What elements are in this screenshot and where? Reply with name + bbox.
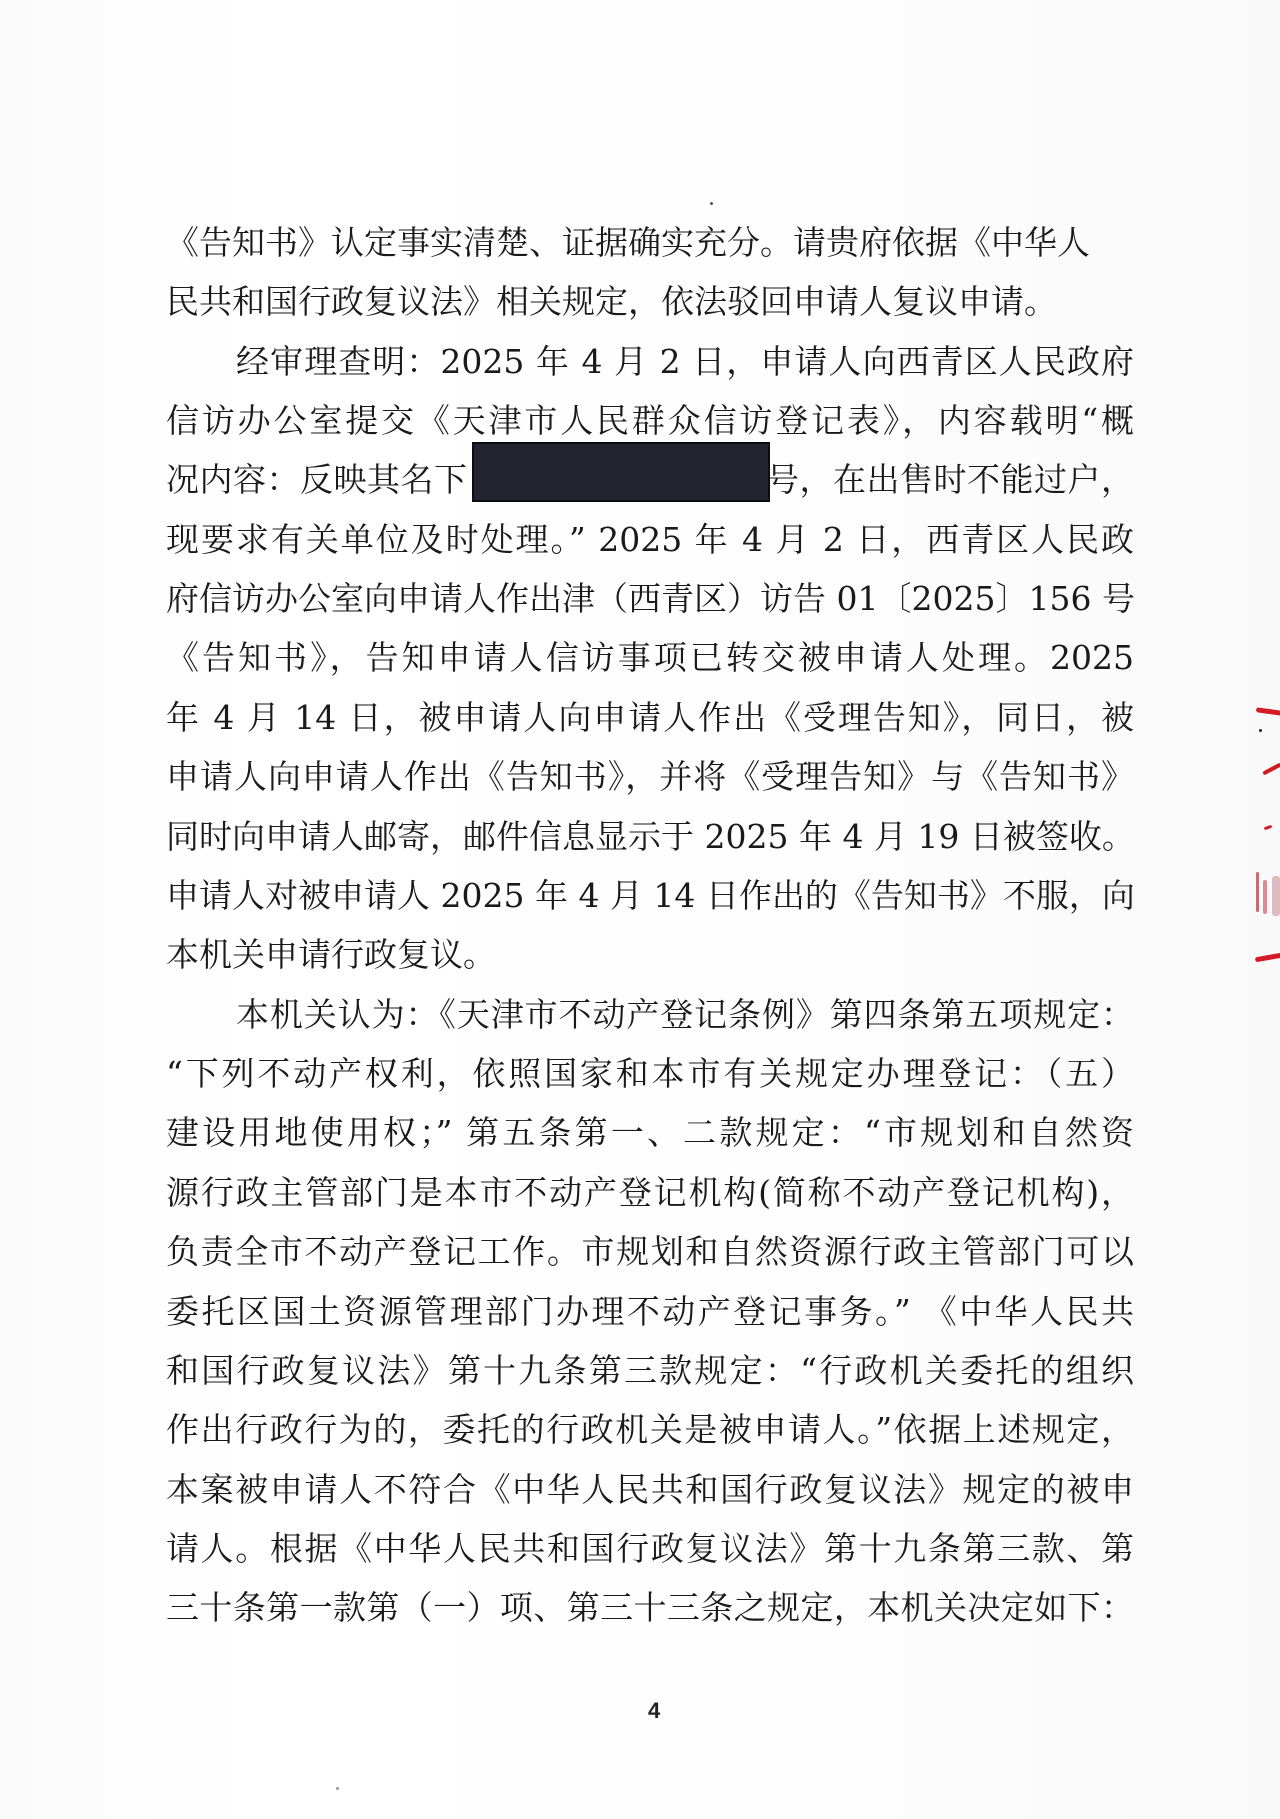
text-line-11: 同时向申请人邮寄，邮件信息显示于 2025 年 4 月 19 日被签收。	[166, 815, 1134, 859]
text-line-13: 本机关申请行政复议。	[166, 933, 1134, 977]
text-line-17: 源行政主管部门是本市不动产登记机构(简称不动产登记机构)，	[166, 1171, 1134, 1215]
text-line-6: 现要求有关单位及时处理。” 2025 年 4 月 2 日，西青区人民政	[166, 518, 1134, 562]
text-line-16: 建设用地使用权；” 第五条第一、二款规定：“市规划和自然资	[166, 1111, 1134, 1155]
text-line-4: 信访办公室提交《天津市人民群众信访登记表》，内容载明“概	[166, 399, 1134, 443]
text-line-12: 申请人对被申请人 2025 年 4 月 14 日作出的《告知书》不服，向	[166, 874, 1134, 918]
text-line-24: 三十条第一款第（一）项、第三十三条之规定，本机关决定如下：	[166, 1586, 1134, 1630]
text-line-15: “下列不动产权利，依照国家和本市有关规定办理登记：（五）	[166, 1052, 1134, 1096]
text-line-19: 委托区国土资源管理部门办理不动产登记事务。” 《中华人民共	[166, 1290, 1134, 1334]
page-number: 4	[648, 1698, 660, 1724]
speck-mark	[710, 202, 713, 205]
text-line-20: 和国行政复议法》第十九条第三款规定：“行政机关委托的组织	[166, 1349, 1134, 1393]
paragraph-start-opinion: 本机关认为：《天津市不动产登记条例》第四条第五项规定：	[236, 993, 1134, 1037]
paragraph-start-findings: 经审理查明：2025 年 4 月 2 日，申请人向西青区人民政府	[236, 340, 1134, 384]
text-line-2: 民共和国行政复议法》相关规定，依法驳回申请人复议申请。	[166, 280, 1134, 324]
text-line-22: 本案被申请人不符合《中华人民共和国行政复议法》规定的被申	[166, 1468, 1134, 1512]
redaction-box	[472, 442, 770, 502]
text-line-18: 负责全市不动产登记工作。市规划和自然资源行政主管部门可以	[166, 1230, 1134, 1274]
text-line-1: 《告知书》认定事实清楚、证据确实充分。请贵府依据《中华人	[166, 221, 1134, 265]
text-line-23: 请人。根据《中华人民共和国行政复议法》第十九条第三款、第	[166, 1527, 1134, 1571]
text-line-8: 《告知书》，告知申请人信访事项已转交被申请人处理。2025	[166, 636, 1134, 680]
text-line-21: 作出行政行为的，委托的行政机关是被申请人。”依据上述规定，	[166, 1408, 1134, 1452]
text-line-9: 年 4 月 14 日，被申请人向申请人作出《受理告知》，同日，被	[166, 696, 1134, 740]
text-line-10: 申请人向申请人作出《告知书》，并将《受理告知》与《告知书》	[166, 755, 1134, 799]
text-line-5-before-redaction: 况内容：反映其名下	[166, 460, 468, 499]
text-line-7: 府信访办公室向申请人作出津（西青区）访告 01〔2025〕156 号	[166, 577, 1134, 621]
document-page: 《告知书》认定事实清楚、证据确实充分。请贵府依据《中华人 民共和国行政复议法》相…	[0, 0, 1280, 1819]
text-line-5-after-redaction: 号，在出售时不能过户，	[766, 460, 1135, 499]
speck-mark	[336, 1787, 339, 1790]
